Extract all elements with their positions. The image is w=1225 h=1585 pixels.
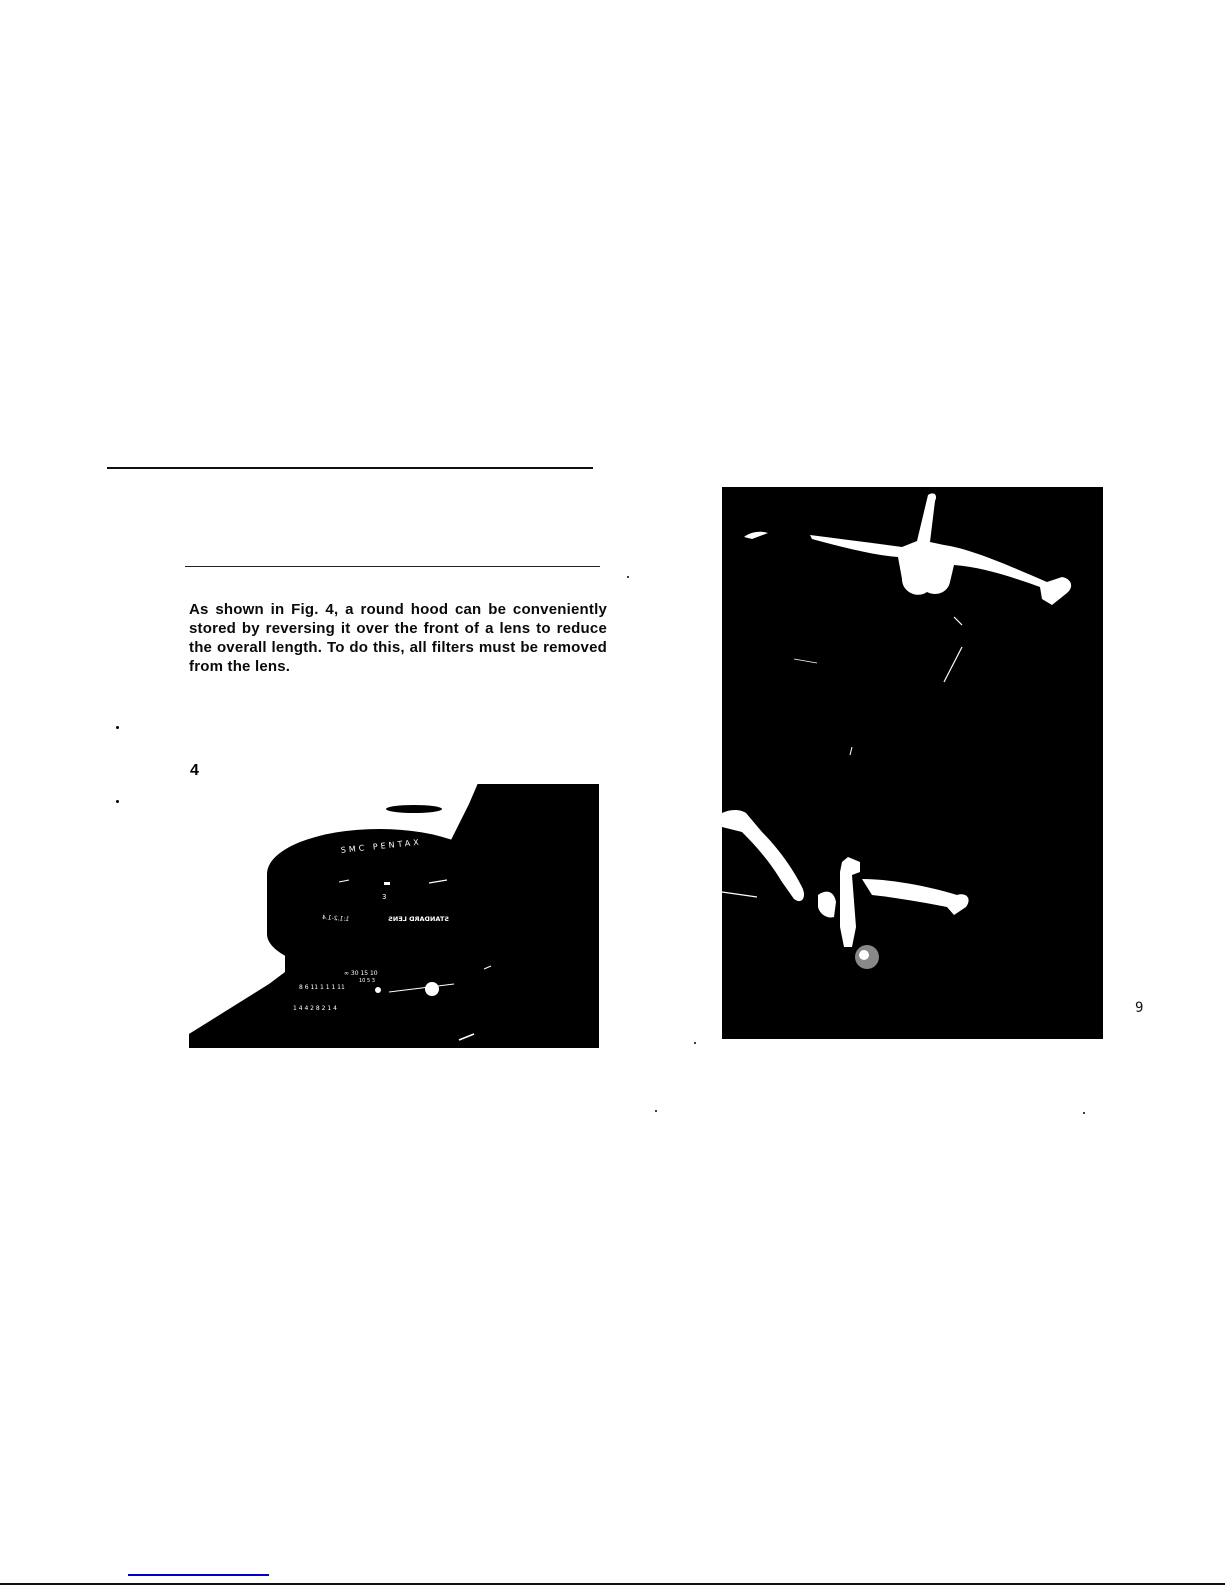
lens-type-text: STANDARD LENS bbox=[388, 915, 449, 923]
svg-text:10 5 3: 10 5 3 bbox=[359, 978, 375, 984]
speck bbox=[694, 1042, 696, 1044]
body-paragraph: As shown in Fig. 4, a round hood can be … bbox=[189, 600, 607, 676]
margin-dot bbox=[116, 726, 119, 729]
svg-text:3: 3 bbox=[382, 893, 386, 901]
svg-text:∞ 30 15 10: ∞ 30 15 10 bbox=[344, 970, 378, 977]
link-underline[interactable] bbox=[128, 1574, 269, 1576]
speck bbox=[1083, 1112, 1085, 1114]
svg-text:8 6 11 1 1 1 11: 8 6 11 1 1 1 11 bbox=[299, 984, 345, 991]
margin-dot bbox=[116, 800, 119, 803]
page-number: 9 bbox=[1135, 1000, 1143, 1016]
speck bbox=[655, 1110, 657, 1112]
speck bbox=[627, 576, 629, 578]
skaters-photo bbox=[722, 487, 1103, 1039]
svg-text:1 4 4 2 8 2 1 4: 1 4 4 2 8 2 1 4 bbox=[293, 1005, 337, 1012]
header-rule bbox=[107, 467, 593, 469]
section-rule bbox=[185, 566, 600, 567]
figure-number: 4 bbox=[190, 762, 199, 780]
lens-photo: SMC PENTAX 3 STANDARD LENS 1:1.2-1.4 ∞ 3… bbox=[189, 784, 608, 1048]
